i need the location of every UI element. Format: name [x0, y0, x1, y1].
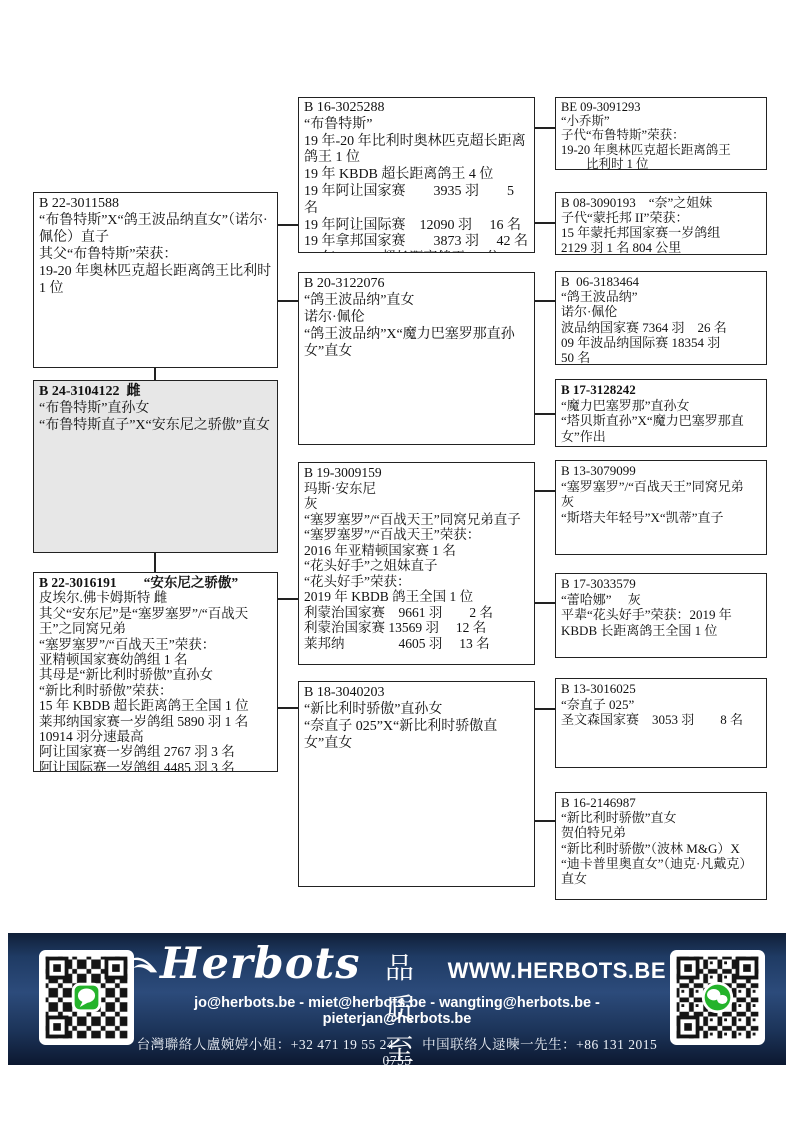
text-line: 皮埃尔.佛卡姆斯特 雌	[39, 590, 272, 605]
text-line: “布鲁特斯”直孙女	[39, 400, 272, 417]
connector-line	[535, 222, 555, 224]
text-line: “新比利时骄傲”（波林 M&G）X	[561, 841, 761, 856]
text-line: “蕾哈娜” 灰	[561, 592, 761, 608]
brand-text: Herbots	[160, 939, 360, 989]
ring-number: B 19-3009159	[304, 465, 529, 481]
box-lines: “小乔斯”子代“布鲁特斯”荣获：19-20 年奥林匹克超长距离鸽王 比利时 1 …	[561, 114, 761, 170]
text-line: 其父“布鲁特斯”荣获：	[39, 246, 272, 263]
text-line: “布鲁特斯直子”X“安东尼之骄傲”直女	[39, 417, 272, 434]
pedigree-box-father: B 22-3011588 “布鲁特斯”X“鸽王波品纳直女”（诺尔·佩伦）直子其父…	[33, 192, 278, 368]
text-line: 平辈“花头好手”荣获：2019 年 KBDB 长距离鸽王全国 1 位	[561, 607, 761, 638]
connector-line	[154, 553, 156, 572]
text-line: 灰	[561, 494, 761, 510]
wing-icon	[128, 953, 158, 975]
connector-line	[278, 224, 298, 226]
footer-brand-row: Herbots 品质至上 WWW.HERBOTS.BE	[128, 939, 666, 991]
text-line: “鸽王波品纳”	[561, 289, 761, 304]
footer-banner: Herbots 品质至上 WWW.HERBOTS.BE jo@herbots.b…	[8, 933, 786, 1065]
text-line: 19 年阿让国际赛 12090 羽 16 名	[304, 218, 529, 235]
text-line: 灰	[304, 496, 529, 512]
contact-phones: 台灣聯絡人盧婉婷小姐：+32 471 19 55 24 中国联络人逯暕一先生：+…	[128, 1033, 666, 1069]
text-line: 19-20 年奥林匹克超长距离鸽王	[561, 143, 761, 157]
text-line: “鸽王波品纳”X“魔力巴塞罗那直孙女”直女	[304, 326, 529, 360]
wechat-qr-code	[670, 950, 765, 1045]
text-line: 亚精顿国家赛幼鸽组 1 名	[39, 652, 272, 667]
ring-number: B 24-3104122 雌	[39, 383, 272, 400]
pedigree-box-ggp-2: B 08-3090193 “奈”之姐妹 子代“蒙托邦 II”荣获：15 年蒙托邦…	[555, 192, 767, 255]
text-line: 19 年拿邦国家赛 3873 羽 42 名	[304, 234, 529, 251]
text-line: 2129 羽 1 名 804 公里	[561, 240, 761, 255]
pedigree-box-ggp-8: B 16-2146987 “新比利时骄傲”直女贺伯特兄弟“新比利时骄傲”（波林 …	[555, 792, 767, 900]
ring-number: B 16-2146987	[561, 795, 761, 810]
pedigree-box-granddam-maternal: B 18-3040203 “新比利时骄傲”直孙女“奈直子 025”X“新比利时骄…	[298, 681, 535, 887]
box-lines: “新比利时骄傲”直女贺伯特兄弟“新比利时骄傲”（波林 M&G）X“迪卡普里奥直女…	[561, 810, 761, 886]
box-lines: “奈直子 025”圣文森国家赛 3053 羽 8 名	[561, 697, 761, 728]
text-line: “鸽王波品纳”直女	[304, 292, 529, 309]
pedigree-box-grandsire-paternal: B 16-3025288 “布鲁特斯”19 年-20 年比利时奥林匹克超长距离鸽…	[298, 97, 535, 253]
box-lines: 皮埃尔.佛卡姆斯特 雌其父“安东尼”是“塞罗塞罗”/“百战天王”之同窝兄弟“塞罗…	[39, 590, 272, 772]
text-line: 19 年 KBDB 超长距离鸽王 4 位	[304, 167, 529, 184]
herbots-logo: Herbots	[128, 939, 360, 989]
text-line: “花头好手”荣获：	[304, 574, 529, 590]
text-line: 贺伯特兄弟	[561, 825, 761, 840]
text-line: “塞罗塞罗”/“百战天王”荣获：	[304, 527, 529, 543]
text-line: 诺尔·佩伦	[304, 309, 529, 326]
text-line: 15 年蒙托邦国家赛一岁鸽组	[561, 225, 761, 240]
pedigree-box-ggp-6: B 17-3033579 “蕾哈娜” 灰平辈“花头好手”荣获：2019 年 KB…	[555, 573, 767, 658]
pedigree-box-grandsire-maternal: B 19-3009159 玛斯·安东尼灰“塞罗塞罗”/“百战天王”同窝兄弟直子“…	[298, 462, 535, 665]
box-lines: “新比利时骄傲”直孙女“奈直子 025”X“新比利时骄傲直女”直女	[304, 701, 529, 752]
text-line: “塞罗塞罗”/“百战天王”荣获：	[39, 637, 272, 652]
text-line: 20 年 KBDB 超长距离鸽王 15 位	[304, 251, 529, 253]
connector-line	[535, 127, 555, 129]
contact-emails: jo@herbots.be - miet@herbots.be - wangti…	[128, 995, 666, 1027]
text-line: 19-20 年奥林匹克超长距离鸽王比利时 1 位	[39, 263, 272, 297]
text-line: 19 年阿让国家赛 3935 羽 5 名	[304, 184, 529, 218]
text-line: 利蒙治国家赛 9661 羽 2 名	[304, 605, 529, 621]
connector-line	[535, 820, 555, 822]
text-line: “布鲁特斯”	[304, 117, 529, 134]
text-line: 10914 羽分速最高	[39, 729, 272, 744]
text-line: “新比利时骄傲”荣获：	[39, 683, 272, 698]
text-line: “小乔斯”	[561, 114, 761, 128]
pedigree-box-ggp-1: BE 09-3091293 “小乔斯”子代“布鲁特斯”荣获：19-20 年奥林匹…	[555, 97, 767, 170]
box-lines: 子代“蒙托邦 II”荣获：15 年蒙托邦国家赛一岁鸽组2129 羽 1 名 80…	[561, 210, 761, 255]
text-line: “奈直子 025”X“新比利时骄傲直女”直女	[304, 718, 529, 752]
box-lines: “蕾哈娜” 灰平辈“花头好手”荣获：2019 年 KBDB 长距离鸽王全国 1 …	[561, 592, 761, 639]
box-lines: “布鲁特斯”X“鸽王波品纳直女”（诺尔·佩伦）直子其父“布鲁特斯”荣获：19-2…	[39, 212, 272, 297]
ring-number: B 18-3040203	[304, 684, 529, 701]
text-line: “花头好手”之姐妹直子	[304, 558, 529, 574]
text-line: 波品纳国家赛 7364 羽 26 名	[561, 320, 761, 335]
text-line: 比利时 1 位	[561, 157, 761, 170]
pedigree-box-subject: B 24-3104122 雌 “布鲁特斯”直孙女“布鲁特斯直子”X“安东尼之骄傲…	[33, 380, 278, 553]
ring-number: B 22-3016191 “安东尼之骄傲”	[39, 575, 272, 590]
connector-line	[278, 598, 298, 600]
text-line: “斯塔夫年轻号”X“凯蒂”直子	[561, 510, 761, 526]
text-line: 圣文森国家赛 3053 羽 8 名	[561, 712, 761, 728]
box-lines: “布鲁特斯”直孙女“布鲁特斯直子”X“安东尼之骄傲”直女	[39, 400, 272, 434]
text-line: 阿让国家赛一岁鸽组 2767 羽 3 名	[39, 744, 272, 759]
text-line: 50 名	[561, 350, 761, 365]
pedigree-box-ggp-5: B 13-3079099 “塞罗塞罗”/“百战天王”同窝兄弟灰“斯塔夫年轻号”X…	[555, 460, 767, 555]
connector-line	[535, 490, 555, 492]
pedigree-box-ggp-3: B 06-3183464 “鸽王波品纳”诺尔·佩伦波品纳国家赛 7364 羽 2…	[555, 271, 767, 365]
ring-number: B 22-3011588	[39, 195, 272, 212]
text-line: “布鲁特斯”X“鸽王波品纳直女”（诺尔·佩伦）直子	[39, 212, 272, 246]
text-line: “迪卡普里奥直女”（迪克·凡戴克）直女	[561, 856, 761, 886]
text-line: 莱邦纳 4605 羽 13 名	[304, 636, 529, 652]
text-line: 15 年 KBDB 超长距离鸽王全国 1 位	[39, 698, 272, 713]
pedigree-box-ggp-7: B 13-3016025 “奈直子 025”圣文森国家赛 3053 羽 8 名	[555, 678, 767, 768]
text-line: “塞罗塞罗”/“百战天王”同窝兄弟	[561, 479, 761, 495]
text-line: “新比利时骄傲”直女	[561, 810, 761, 825]
pedigree-page: B 22-3011588 “布鲁特斯”X“鸽王波品纳直女”（诺尔·佩伦）直子其父…	[0, 0, 794, 1123]
connector-line	[535, 602, 555, 604]
text-line: “奈直子 025”	[561, 697, 761, 713]
text-line: 19 年-20 年比利时奥林匹克超长距离鸽王 1 位	[304, 134, 529, 168]
text-line: “新比利时骄傲”直孙女	[304, 701, 529, 718]
connector-line	[535, 708, 555, 710]
ring-number: B 20-3122076	[304, 275, 529, 292]
box-lines: “魔力巴塞罗那”直孙女“塔贝斯直孙”X“魔力巴塞罗那直女”作出	[561, 398, 761, 445]
ring-number: BE 09-3091293	[561, 100, 761, 114]
text-line: “塞罗塞罗”/“百战天王”同窝兄弟直子	[304, 512, 529, 528]
text-line: “魔力巴塞罗那”直孙女	[561, 398, 761, 414]
ring-number: B 17-3033579	[561, 576, 761, 592]
box-lines: “塞罗塞罗”/“百战天王”同窝兄弟灰“斯塔夫年轻号”X“凯蒂”直子	[561, 479, 761, 526]
line-qr-code	[39, 950, 134, 1045]
pedigree-box-granddam-paternal: B 20-3122076 “鸽王波品纳”直女诺尔·佩伦“鸽王波品纳”X“魔力巴塞…	[298, 272, 535, 445]
text-line: 诺尔·佩伦	[561, 304, 761, 319]
text-line: 2016 年亚精顿国家赛 1 名	[304, 543, 529, 559]
box-lines: “鸽王波品纳”诺尔·佩伦波品纳国家赛 7364 羽 26 名09 年波品纳国际赛…	[561, 289, 761, 365]
text-line: 其父“安东尼”是“塞罗塞罗”/“百战天王”之同窝兄弟	[39, 606, 272, 637]
family-tagline: 贺伯特家族...秉持品质第一与诚实可靠，力求提供完美的服务！	[128, 1073, 666, 1123]
box-lines: “布鲁特斯”19 年-20 年比利时奥林匹克超长距离鸽王 1 位19 年 KBD…	[304, 117, 529, 253]
ring-number: B 16-3025288	[304, 100, 529, 117]
connector-line	[154, 368, 156, 380]
pedigree-box-ggp-4: B 17-3128242 “魔力巴塞罗那”直孙女“塔贝斯直孙”X“魔力巴塞罗那直…	[555, 379, 767, 447]
text-line: 莱邦纳国家赛一岁鸽组 5890 羽 1 名	[39, 714, 272, 729]
text-line: “塔贝斯直孙”X“魔力巴塞罗那直女”作出	[561, 413, 761, 444]
connector-line	[535, 413, 555, 415]
ring-number: B 13-3079099	[561, 463, 761, 479]
footer-center: Herbots 品质至上 WWW.HERBOTS.BE jo@herbots.b…	[128, 939, 666, 1123]
box-lines: 玛斯·安东尼灰“塞罗塞罗”/“百战天王”同窝兄弟直子“塞罗塞罗”/“百战天王”荣…	[304, 481, 529, 652]
text-line: 子代“布鲁特斯”荣获：	[561, 128, 761, 142]
text-line: 利蒙治国家赛 13569 羽 12 名	[304, 620, 529, 636]
text-line: 2019 年 KBDB 鸽王全国 1 位	[304, 589, 529, 605]
ring-number: B 13-3016025	[561, 681, 761, 697]
connector-line	[278, 300, 298, 302]
ring-number: B 08-3090193 “奈”之姐妹	[561, 195, 761, 210]
box-lines: “鸽王波品纳”直女诺尔·佩伦“鸽王波品纳”X“魔力巴塞罗那直孙女”直女	[304, 292, 529, 360]
text-line: 09 年波品纳国际赛 18354 羽	[561, 335, 761, 350]
connector-line	[278, 707, 298, 709]
text-line: 玛斯·安东尼	[304, 481, 529, 497]
text-line: 其母是“新比利时骄傲”直孙女	[39, 667, 272, 682]
connector-line	[535, 300, 555, 302]
text-line: 子代“蒙托邦 II”荣获：	[561, 210, 761, 225]
ring-number: B 06-3183464	[561, 274, 761, 289]
text-line: 阿让国际赛一岁鸽组 4485 羽 3 名	[39, 760, 272, 772]
ring-number: B 17-3128242	[561, 382, 761, 398]
pedigree-box-mother: B 22-3016191 “安东尼之骄傲” 皮埃尔.佛卡姆斯特 雌其父“安东尼”…	[33, 572, 278, 772]
website-url: WWW.HERBOTS.BE	[448, 958, 666, 984]
